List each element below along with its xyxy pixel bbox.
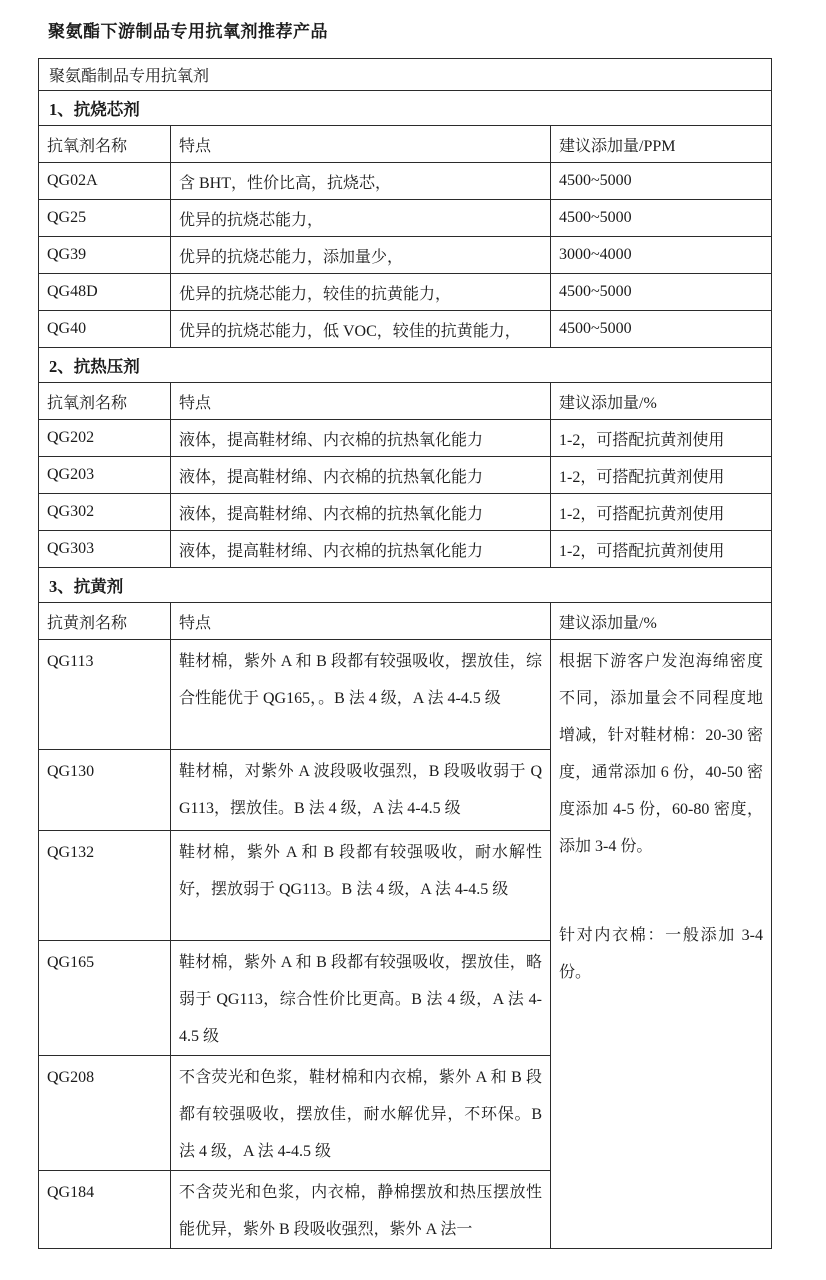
feature-cell: 不含荧光和色浆，内衣棉，静棉摆放和热压摆放性能优异，紫外 B 段吸收强烈，紫外 … xyxy=(171,1171,551,1249)
table-row: QG203 液体，提高鞋材绵、内衣棉的抗热氧化能力 1-2，可搭配抗黄剂使用 xyxy=(39,457,772,494)
dosage-note-paragraph-1: 根据下游客户发泡海绵密度不同，添加量会不同程度地增减，针对鞋材棉：20-30 密… xyxy=(559,643,763,865)
table-row: QG25 优异的抗烧芯能力， 4500~5000 xyxy=(39,200,772,237)
feature-cell: 优异的抗烧芯能力，添加量少， xyxy=(171,237,551,274)
dosage-cell: 3000~4000 xyxy=(551,237,772,274)
dosage-cell: 1-2，可搭配抗黄剂使用 xyxy=(551,457,772,494)
header-cell: 抗氧剂名称 xyxy=(39,126,171,163)
product-code-cell: QG302 xyxy=(39,494,171,531)
dosage-cell: 4500~5000 xyxy=(551,163,772,200)
section-1-header-row: 抗氧剂名称 特点 建议添加量/PPM xyxy=(39,126,772,163)
section-1-title-row: 1、抗烧芯剂 xyxy=(39,91,772,126)
product-code-cell: QG40 xyxy=(39,311,171,348)
header-cell: 建议添加量/% xyxy=(551,603,772,640)
header-cell: 抗氧剂名称 xyxy=(39,383,171,420)
product-code-cell: QG203 xyxy=(39,457,171,494)
product-code-cell: QG48D xyxy=(39,274,171,311)
table-row: QG40 优异的抗烧芯能力，低 VOC，较佳的抗黄能力， 4500~5000 xyxy=(39,311,772,348)
page-title: 聚氨酯下游制品专用抗氧剂推荐产品 xyxy=(0,0,826,42)
product-code-cell: QG130 xyxy=(39,750,171,831)
dosage-note-cell: 根据下游客户发泡海绵密度不同，添加量会不同程度地增减，针对鞋材棉：20-30 密… xyxy=(551,640,772,1249)
header-cell: 建议添加量/PPM xyxy=(551,126,772,163)
product-code-cell: QG39 xyxy=(39,237,171,274)
feature-cell: 含 BHT，性价比高，抗烧芯， xyxy=(171,163,551,200)
product-code-cell: QG202 xyxy=(39,420,171,457)
feature-cell: 液体，提高鞋材绵、内衣棉的抗热氧化能力 xyxy=(171,494,551,531)
product-code-cell: QG165 xyxy=(39,941,171,1056)
feature-cell: 不含荧光和色浆，鞋材棉和内衣棉，紫外 A 和 B 段都有较强吸收，摆放佳，耐水解… xyxy=(171,1056,551,1171)
table-row: QG302 液体，提高鞋材绵、内衣棉的抗热氧化能力 1-2，可搭配抗黄剂使用 xyxy=(39,494,772,531)
dosage-note-paragraph-2: 针对内衣棉：一般添加 3-4 份。 xyxy=(559,917,763,991)
section-2-header-row: 抗氧剂名称 特点 建议添加量/% xyxy=(39,383,772,420)
product-table: 聚氨酯制品专用抗氧剂 1、抗烧芯剂 抗氧剂名称 特点 建议添加量/PPM QG0… xyxy=(38,58,772,1249)
product-code-cell: QG02A xyxy=(39,163,171,200)
header-cell: 特点 xyxy=(171,603,551,640)
product-code-cell: QG208 xyxy=(39,1056,171,1171)
feature-cell: 优异的抗烧芯能力，较佳的抗黄能力， xyxy=(171,274,551,311)
dosage-cell: 1-2，可搭配抗黄剂使用 xyxy=(551,531,772,568)
header-cell: 建议添加量/% xyxy=(551,383,772,420)
feature-cell: 液体，提高鞋材绵、内衣棉的抗热氧化能力 xyxy=(171,420,551,457)
section-3-header-row: 抗黄剂名称 特点 建议添加量/% xyxy=(39,603,772,640)
table-row: QG303 液体，提高鞋材绵、内衣棉的抗热氧化能力 1-2，可搭配抗黄剂使用 xyxy=(39,531,772,568)
table-caption-cell: 聚氨酯制品专用抗氧剂 xyxy=(39,59,772,91)
table-row: QG02A 含 BHT，性价比高，抗烧芯， 4500~5000 xyxy=(39,163,772,200)
feature-cell: 鞋材棉，对紫外 A 波段吸收强烈，B 段吸收弱于 QG113，摆放佳。B 法 4… xyxy=(171,750,551,831)
table-caption-row: 聚氨酯制品专用抗氧剂 xyxy=(39,59,772,91)
product-code-cell: QG184 xyxy=(39,1171,171,1249)
section-2-title: 2、抗热压剂 xyxy=(39,348,772,383)
product-code-cell: QG25 xyxy=(39,200,171,237)
table-row: QG113 鞋材棉，紫外 A 和 B 段都有较强吸收，摆放佳，综合性能优于 QG… xyxy=(39,640,772,750)
dosage-cell: 4500~5000 xyxy=(551,274,772,311)
table-row: QG39 优异的抗烧芯能力，添加量少， 3000~4000 xyxy=(39,237,772,274)
document-page: 聚氨酯下游制品专用抗氧剂推荐产品 聚氨酯制品专用抗氧剂 1、抗烧芯剂 抗氧剂名称… xyxy=(0,0,826,1280)
feature-cell: 液体，提高鞋材绵、内衣棉的抗热氧化能力 xyxy=(171,457,551,494)
feature-cell: 优异的抗烧芯能力， xyxy=(171,200,551,237)
feature-cell: 鞋材棉，紫外 A 和 B 段都有较强吸收，摆放佳，综合性能优于 QG165，。B… xyxy=(171,640,551,750)
section-3-title-row: 3、抗黄剂 xyxy=(39,568,772,603)
feature-cell: 液体，提高鞋材绵、内衣棉的抗热氧化能力 xyxy=(171,531,551,568)
table-row: QG48D 优异的抗烧芯能力，较佳的抗黄能力， 4500~5000 xyxy=(39,274,772,311)
dosage-cell: 1-2，可搭配抗黄剂使用 xyxy=(551,420,772,457)
section-1-title: 1、抗烧芯剂 xyxy=(39,91,772,126)
feature-cell: 鞋材棉，紫外 A 和 B 段都有较强吸收，耐水解性好，摆放弱于 QG113。B … xyxy=(171,831,551,941)
header-cell: 特点 xyxy=(171,126,551,163)
feature-cell: 优异的抗烧芯能力，低 VOC，较佳的抗黄能力， xyxy=(171,311,551,348)
section-3-title: 3、抗黄剂 xyxy=(39,568,772,603)
feature-cell: 鞋材棉，紫外 A 和 B 段都有较强吸收，摆放佳，略弱于 QG113，综合性价比… xyxy=(171,941,551,1056)
dosage-cell: 4500~5000 xyxy=(551,311,772,348)
table-row: QG202 液体，提高鞋材绵、内衣棉的抗热氧化能力 1-2，可搭配抗黄剂使用 xyxy=(39,420,772,457)
product-code-cell: QG113 xyxy=(39,640,171,750)
dosage-cell: 4500~5000 xyxy=(551,200,772,237)
section-2-title-row: 2、抗热压剂 xyxy=(39,348,772,383)
dosage-cell: 1-2，可搭配抗黄剂使用 xyxy=(551,494,772,531)
product-code-cell: QG303 xyxy=(39,531,171,568)
header-cell: 特点 xyxy=(171,383,551,420)
product-code-cell: QG132 xyxy=(39,831,171,941)
header-cell: 抗黄剂名称 xyxy=(39,603,171,640)
